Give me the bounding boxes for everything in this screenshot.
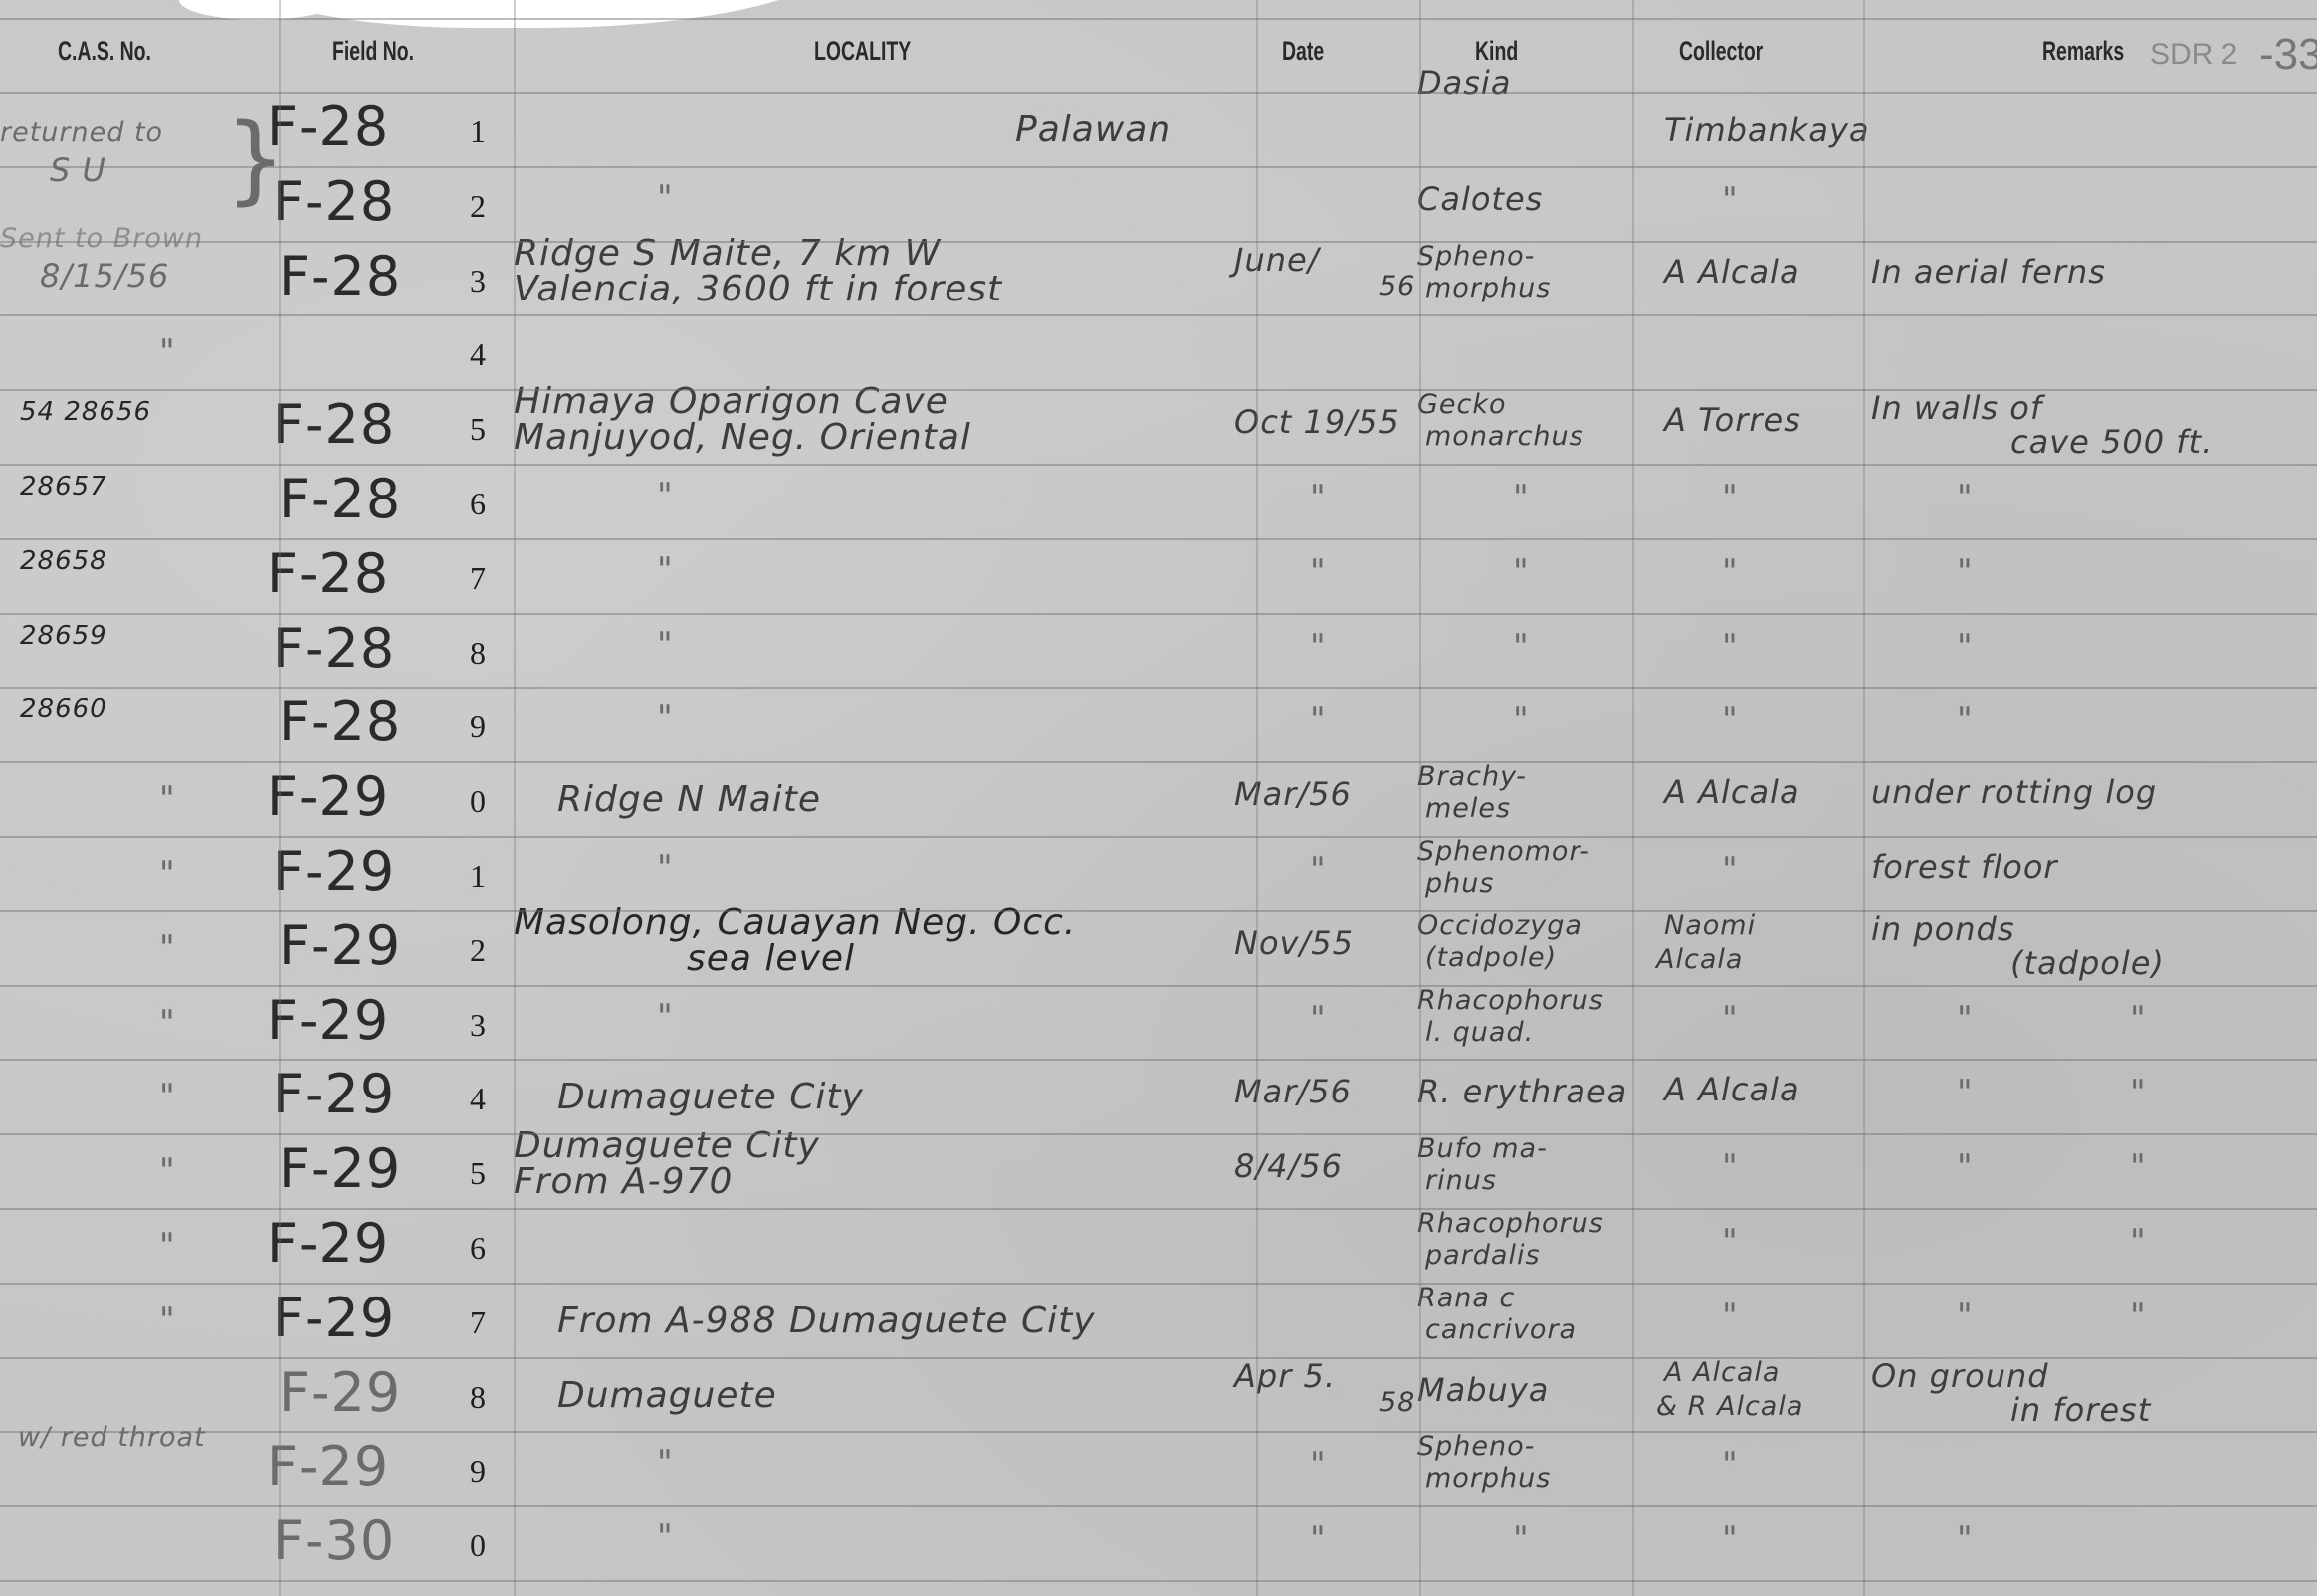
row-number: 1 xyxy=(466,113,490,150)
field-number: F-29 xyxy=(273,840,395,902)
locality: " xyxy=(657,625,674,665)
date-line2: 56 xyxy=(1379,271,1415,301)
rule-line xyxy=(0,1208,2317,1210)
rule-line xyxy=(0,1505,2317,1507)
row-number: 5 xyxy=(466,411,490,448)
row-number: 6 xyxy=(466,486,490,522)
kind: " xyxy=(1513,552,1530,592)
field-number: F-29 xyxy=(267,989,389,1052)
kind: Occidozyga xyxy=(1417,910,1582,941)
margin-note-throat: w/ red throat xyxy=(18,1423,247,1453)
kind: Rana c xyxy=(1417,1283,1515,1313)
collector: Naomi xyxy=(1664,910,1756,941)
remarks: " xyxy=(1957,1073,1974,1112)
collector: A Torres xyxy=(1664,401,1801,439)
collector: A Alcala xyxy=(1664,1071,1800,1108)
margin-note-sent-to: Sent to Brown xyxy=(0,223,203,254)
remarks-line2: " xyxy=(2130,1073,2147,1112)
remarks: " xyxy=(1957,700,1974,740)
remarks: forest floor xyxy=(1871,848,2058,886)
rule-line xyxy=(0,985,2317,987)
remarks: " xyxy=(1957,552,1974,592)
cas-number: " xyxy=(159,854,176,894)
locality: Dumaguete City xyxy=(557,1077,864,1117)
header-collector: Collector xyxy=(1679,36,1763,67)
date: " xyxy=(1310,552,1327,592)
remarks-line2: " xyxy=(2130,1297,2147,1336)
collector-line2: Alcala xyxy=(1656,944,1743,975)
field-number: F-28 xyxy=(273,393,395,456)
kind-line2: meles xyxy=(1425,793,1511,824)
header-locality: LOCALITY xyxy=(814,36,911,67)
cas-number: " xyxy=(159,1151,176,1191)
rule-line xyxy=(0,1580,2317,1582)
field-number: F-29 xyxy=(279,1361,401,1424)
locality-line2: Manjuyod, Neg. Oriental xyxy=(514,417,971,458)
field-number: F-28 xyxy=(279,245,401,307)
field-number: F-28 xyxy=(279,691,401,753)
kind-line2: cancrivora xyxy=(1425,1314,1577,1345)
field-number: F-29 xyxy=(273,1287,395,1349)
date: " xyxy=(1310,999,1327,1039)
row-number: 8 xyxy=(466,1379,490,1416)
kind: Mabuya xyxy=(1417,1371,1549,1409)
locality-line2: sea level xyxy=(687,938,855,979)
cas-number: " xyxy=(159,928,176,968)
collector: " xyxy=(1722,1297,1739,1336)
date: Mar/56 xyxy=(1234,775,1352,813)
row-number: 3 xyxy=(466,263,490,299)
kind: Rhacophorus xyxy=(1417,1208,1604,1239)
remarks-line2: in forest xyxy=(2010,1391,2151,1429)
kind: Sphenomor- xyxy=(1417,836,1590,867)
kind-line2: phus xyxy=(1425,868,1494,898)
row-number: 1 xyxy=(466,858,490,895)
locality: " xyxy=(657,848,674,888)
kind-line2: pardalis xyxy=(1425,1240,1541,1271)
torn-edge xyxy=(179,0,338,20)
row-number: 7 xyxy=(466,560,490,597)
header-field-no: Field No. xyxy=(332,36,414,67)
date: " xyxy=(1310,850,1327,890)
cas-number: " xyxy=(159,1300,176,1340)
rule-line xyxy=(0,464,2317,466)
catalog-ref-label: SDR 2 xyxy=(2150,38,2237,72)
remarks: under rotting log xyxy=(1871,773,2157,811)
row-number: 2 xyxy=(466,188,490,225)
collector: " xyxy=(1722,1445,1739,1485)
cas-number: " xyxy=(159,1226,176,1266)
remarks: In aerial ferns xyxy=(1871,253,2106,291)
collector: Timbankaya xyxy=(1664,111,1870,149)
date: " xyxy=(1310,700,1327,740)
date: " xyxy=(1310,1445,1327,1485)
date: 8/4/56 xyxy=(1234,1147,1343,1185)
kind-line2: monarchus xyxy=(1425,421,1584,452)
kind-line2: (tadpole) xyxy=(1425,942,1557,973)
kind-line2: morphus xyxy=(1425,1463,1551,1494)
collector-line2: & R Alcala xyxy=(1656,1391,1803,1422)
collector: " xyxy=(1722,850,1739,890)
row-number: 9 xyxy=(466,708,490,745)
kind: " xyxy=(1513,700,1530,740)
kind-line2: morphus xyxy=(1425,273,1551,303)
header-remarks: Remarks xyxy=(2042,36,2124,67)
kind-line2: rinus xyxy=(1425,1165,1497,1196)
row-number: 3 xyxy=(466,1007,490,1044)
remarks: " xyxy=(1957,1519,1974,1559)
locality: Ridge N Maite xyxy=(557,779,821,820)
collector: A Alcala xyxy=(1664,773,1800,811)
kind: Bufo ma- xyxy=(1417,1133,1548,1164)
kind: " xyxy=(1513,627,1530,667)
catalog-ref-number: -33 xyxy=(2259,30,2317,80)
locality: Ridge S Maite, 7 km W xyxy=(514,233,941,274)
remarks: " xyxy=(1957,1147,1974,1187)
rule-line xyxy=(0,761,2317,763)
kind: Dasia xyxy=(1417,64,1511,101)
field-number: F-29 xyxy=(267,765,389,828)
rule-line xyxy=(0,1059,2317,1061)
locality: Masolong, Cauayan Neg. Occ. xyxy=(514,902,1076,943)
date: Nov/55 xyxy=(1234,924,1354,962)
locality: " xyxy=(657,1517,674,1557)
row-number: 0 xyxy=(466,783,490,820)
row-number: 4 xyxy=(466,1081,490,1117)
collector: " xyxy=(1722,999,1739,1039)
cas-number: 28657 xyxy=(20,472,107,501)
remarks: " xyxy=(1957,1297,1974,1336)
row-number: 9 xyxy=(466,1453,490,1490)
kind: " xyxy=(1513,478,1530,517)
field-number: F-29 xyxy=(267,1435,389,1497)
collector: " xyxy=(1722,478,1739,517)
cas-number: " xyxy=(159,332,176,372)
header-cas-no: C.A.S. No. xyxy=(58,36,151,67)
locality: " xyxy=(657,997,674,1037)
field-number: F-29 xyxy=(279,914,401,977)
remarks: " xyxy=(1957,999,1974,1039)
header-kind: Kind xyxy=(1475,36,1518,67)
rule-line xyxy=(0,241,2317,243)
date: Oct 19/55 xyxy=(1234,403,1400,441)
header-date: Date xyxy=(1282,36,1324,67)
date: Apr 5. xyxy=(1234,1357,1336,1395)
remarks: " xyxy=(1957,478,1974,517)
collector: A Alcala xyxy=(1664,253,1800,291)
cas-number: 54 28656 xyxy=(20,397,151,427)
row-number: 0 xyxy=(466,1527,490,1564)
locality: " xyxy=(657,178,674,218)
kind: Rhacophorus xyxy=(1417,985,1604,1016)
remarks-line2: (tadpole) xyxy=(2010,944,2165,982)
rule-line xyxy=(0,1133,2317,1135)
locality: " xyxy=(657,550,674,590)
kind: Spheno- xyxy=(1417,1431,1535,1462)
ledger-card: C.A.S. No. Field No. LOCALITY Date Kind … xyxy=(0,0,2317,1596)
field-number: F-28 xyxy=(267,542,389,605)
remarks: in ponds xyxy=(1871,910,2015,948)
cas-number: " xyxy=(159,1077,176,1116)
row-number: 4 xyxy=(466,336,490,373)
row-number: 5 xyxy=(466,1155,490,1192)
collector: " xyxy=(1722,1222,1739,1262)
collector: " xyxy=(1722,1147,1739,1187)
locality: " xyxy=(657,476,674,515)
remarks: In walls of xyxy=(1871,389,2042,427)
collector: " xyxy=(1722,1519,1739,1559)
field-number: F-29 xyxy=(267,1212,389,1275)
rule-line xyxy=(0,18,2317,20)
locality: Himaya Oparigon Cave xyxy=(514,381,948,422)
remarks-line2: " xyxy=(2130,999,2147,1039)
collector: " xyxy=(1722,552,1739,592)
remarks: On ground xyxy=(1871,1357,2049,1395)
locality: " xyxy=(657,1443,674,1483)
rule-line xyxy=(0,613,2317,615)
row-number: 8 xyxy=(466,635,490,672)
field-number: F-28 xyxy=(267,96,389,158)
field-number: F-29 xyxy=(273,1063,395,1125)
field-number: F-28 xyxy=(279,468,401,530)
cas-number: 28659 xyxy=(20,621,107,651)
locality: Dumaguete xyxy=(557,1375,777,1416)
date-line2: 58 xyxy=(1379,1387,1415,1418)
kind: " xyxy=(1513,1519,1530,1559)
collector: A Alcala xyxy=(1664,1357,1780,1388)
date: " xyxy=(1310,627,1327,667)
date: Mar/56 xyxy=(1234,1073,1352,1110)
margin-note-su: S U xyxy=(50,151,106,189)
field-number: F-29 xyxy=(279,1137,401,1200)
row-number: 6 xyxy=(466,1230,490,1267)
field-number: F-30 xyxy=(273,1509,395,1572)
date: " xyxy=(1310,478,1327,517)
remarks: " xyxy=(1957,627,1974,667)
kind: Spheno- xyxy=(1417,241,1535,272)
row-number: 2 xyxy=(466,932,490,969)
rule-line xyxy=(0,538,2317,540)
kind: R. erythraea xyxy=(1417,1073,1627,1110)
locality-line2: Valencia, 3600 ft in forest xyxy=(514,269,1002,309)
rule-line xyxy=(0,836,2317,838)
kind: Brachy- xyxy=(1417,761,1527,792)
rule-line xyxy=(0,1283,2317,1285)
rule-line xyxy=(0,1431,2317,1433)
margin-note-sent-date: 8/15/56 xyxy=(40,257,169,295)
locality: Dumaguete City xyxy=(514,1125,820,1166)
rule-line xyxy=(0,166,2317,168)
locality: Palawan xyxy=(1015,109,1171,150)
cas-number: " xyxy=(159,1003,176,1043)
remarks-line2: cave 500 ft. xyxy=(2010,423,2212,461)
kind: Calotes xyxy=(1417,180,1543,218)
cas-number: " xyxy=(159,779,176,819)
remarks-line2: " xyxy=(2130,1222,2147,1262)
rule-line xyxy=(0,389,2317,391)
collector: " xyxy=(1722,180,1739,220)
rule-line xyxy=(0,1357,2317,1359)
rule-line xyxy=(0,910,2317,912)
row-number: 7 xyxy=(466,1304,490,1341)
remarks-line2: " xyxy=(2130,1147,2147,1187)
field-number: F-28 xyxy=(273,170,395,233)
date: " xyxy=(1310,1519,1327,1559)
locality-line2: From A-970 xyxy=(514,1161,733,1202)
rule-line xyxy=(0,92,2317,94)
kind: Gecko xyxy=(1417,389,1507,420)
collector: " xyxy=(1722,700,1739,740)
kind-line2: l. quad. xyxy=(1425,1017,1534,1048)
rule-line xyxy=(0,314,2317,316)
locality: " xyxy=(657,698,674,738)
cas-number: 28658 xyxy=(20,546,107,576)
margin-note-returned: returned to xyxy=(0,117,163,148)
locality: From A-988 Dumaguete City xyxy=(557,1300,1096,1341)
cas-number: 28660 xyxy=(20,695,107,724)
field-number: F-28 xyxy=(273,617,395,680)
collector: " xyxy=(1722,627,1739,667)
rule-line xyxy=(0,687,2317,689)
date: June/ xyxy=(1234,241,1319,279)
